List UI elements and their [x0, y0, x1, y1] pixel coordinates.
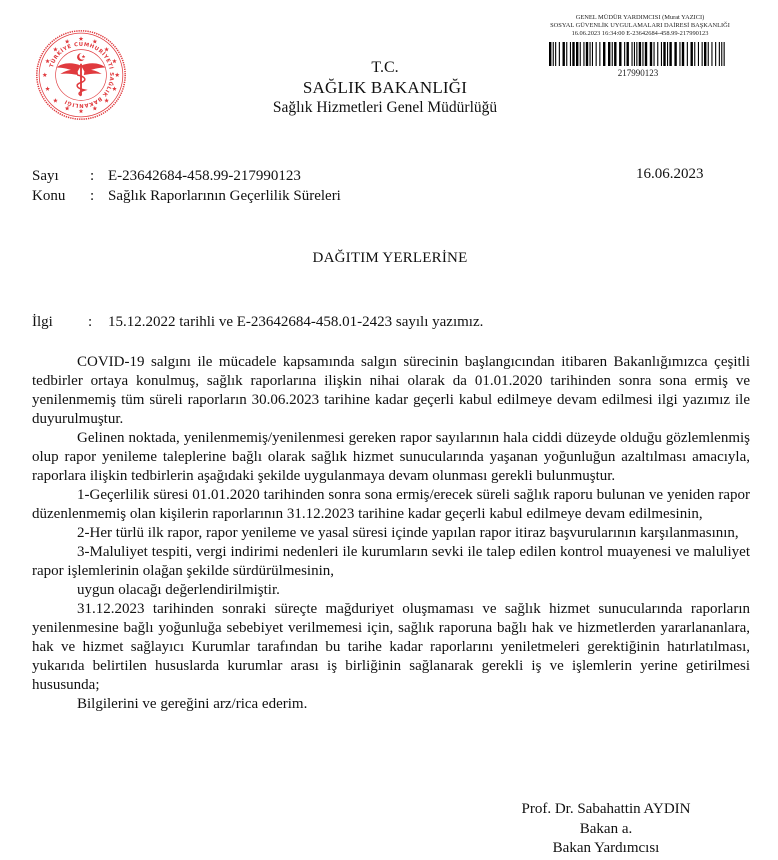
ministry-logo: TÜRKİYE CUMHURİYETİ SAĞLIK BAKANLIĞI [34, 28, 128, 122]
reference-colon: : [88, 314, 108, 331]
signature-block: Prof. Dr. Sabahattin AYDIN Bakan a. Baka… [506, 800, 706, 859]
body-paragraph: COVID-19 salgını ile mücadele kapsamında… [32, 353, 750, 429]
distribution-heading: DAĞITIM YERLERİNE [240, 250, 540, 267]
ministry-of-health-seal-icon: TÜRKİYE CUMHURİYETİ SAĞLIK BAKANLIĞI [34, 28, 128, 122]
barcode-icon [549, 42, 727, 66]
konu-label: Konu [32, 186, 90, 206]
konu-row: Konu:Sağlık Raporlarının Geçerlilik Süre… [32, 186, 341, 206]
body-paragraph: 2-Her türlü ilk rapor, rapor yenileme ve… [32, 524, 750, 543]
barcode-number: 217990123 [540, 68, 736, 78]
header-ministry: SAĞLIK BAKANLIĞI [220, 78, 550, 98]
body-paragraph: Gelinen noktada, yenilenmemiş/yenilenmes… [32, 429, 750, 486]
stamp-office: SOSYAL GÜVENLİK UYGULAMALARI DAİRESİ BAŞ… [540, 22, 740, 30]
stamp-signer: GENEL MÜDÜR YARDIMCISI (Murat YAZICI) [540, 14, 740, 22]
body-paragraph: Bilgilerini ve gereğini arz/rica ederim. [32, 695, 750, 714]
stamp-timestamp: 16.06.2023 16:34:00 E-23642684-458.99-21… [540, 30, 740, 38]
reference-value: 15.12.2022 tarihli ve E-23642684-458.01-… [108, 314, 483, 330]
reference-label: İlgi [32, 314, 88, 331]
signer-title: Bakan Yardımcısı [506, 839, 706, 859]
e-signature-stamp: GENEL MÜDÜR YARDIMCISI (Murat YAZICI) SO… [540, 14, 740, 38]
document-date: 16.06.2023 [636, 166, 704, 183]
header-department: Sağlık Hizmetleri Genel Müdürlüğü [220, 98, 550, 118]
letterhead: T.C. SAĞLIK BAKANLIĞI Sağlık Hizmetleri … [220, 58, 550, 118]
body-paragraph: uygun olacağı değerlendirilmiştir. [32, 581, 750, 600]
reference-row: İlgi:15.12.2022 tarihli ve E-23642684-45… [32, 314, 483, 331]
sayi-colon: : [90, 166, 108, 186]
body-paragraph: 31.12.2023 tarihinden sonraki süreçte ma… [32, 600, 750, 695]
letter-body: COVID-19 salgını ile mücadele kapsamında… [32, 353, 750, 714]
konu-colon: : [90, 186, 108, 206]
header-republic: T.C. [220, 58, 550, 78]
sayi-value: E-23642684-458.99-217990123 [108, 168, 301, 184]
konu-value: Sağlık Raporlarının Geçerlilik Süreleri [108, 188, 341, 204]
signer-name: Prof. Dr. Sabahattin AYDIN [506, 800, 706, 820]
sayi-row: Sayı:E-23642684-458.99-217990123 [32, 166, 301, 186]
sayi-label: Sayı [32, 166, 90, 186]
signer-on-behalf: Bakan a. [506, 820, 706, 840]
body-paragraph: 1-Geçerlilik süresi 01.01.2020 tarihinde… [32, 486, 750, 524]
body-paragraph: 3-Maluliyet tespiti, vergi indirimi nede… [32, 543, 750, 581]
